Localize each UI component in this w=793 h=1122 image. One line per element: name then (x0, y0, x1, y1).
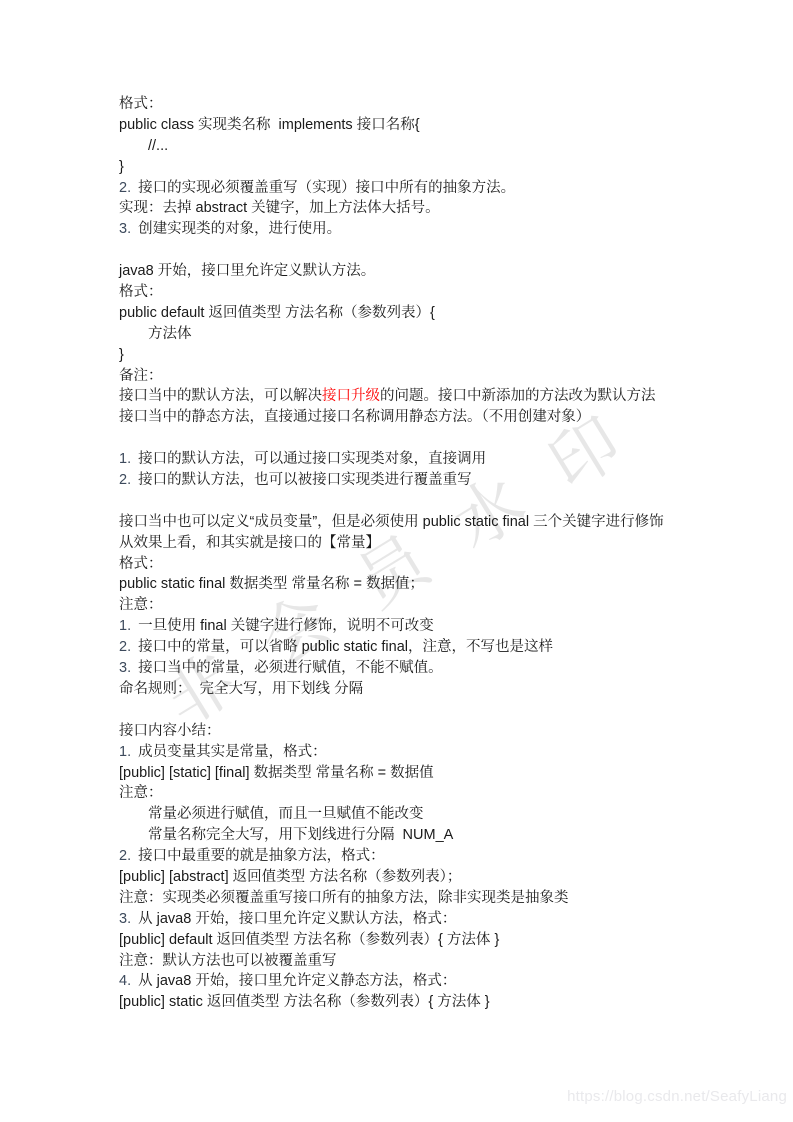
list-number: 1. (119, 451, 131, 467)
text-line: 4.从 java8 开始，接口里允许定义静态方法，格式： (119, 971, 719, 992)
text-segment: 注意： (119, 785, 163, 801)
list-number: 1. (119, 744, 131, 760)
text-segment: 的问题。接口中新添加的方法改为默认方法 (380, 388, 656, 404)
text-line: public class 实现类名称 implements 接口名称{ (119, 115, 719, 136)
blank-line (119, 240, 719, 261)
text-segment: 实现：去掉 abstract 关键字，加上方法体大括号。 (119, 200, 440, 216)
text-segment: [public] static 返回值类型 方法名称（参数列表）{ 方法体 } (119, 994, 490, 1010)
text-line: //... (119, 136, 719, 157)
text-line: 常量必须进行赋值，而且一旦赋值不能改变 (119, 804, 719, 825)
text-line: public default 返回值类型 方法名称（参数列表）{ (119, 303, 719, 324)
text-line: 2.接口中的常量，可以省略 public static final，注意，不写也… (119, 637, 719, 658)
text-line: java8 开始，接口里允许定义默认方法。 (119, 261, 719, 282)
list-number: 3. (119, 221, 131, 237)
text-segment: 接口的实现必须覆盖重写（实现）接口中所有的抽象方法。 (138, 180, 515, 196)
text-segment: 格式： (119, 556, 163, 572)
text-segment: 备注： (119, 368, 163, 384)
text-segment: 注意： (119, 597, 163, 613)
text-segment: 格式： (119, 284, 163, 300)
text-line: 命名规则： 完全大写，用下划线 分隔 (119, 679, 719, 700)
document-page: 非会员水印 格式：public class 实现类名称 implements 接… (0, 0, 793, 1122)
text-line: 注意： (119, 783, 719, 804)
text-segment: 接口的默认方法，也可以被接口实现类进行覆盖重写 (138, 472, 472, 488)
text-line: [public] [abstract] 返回值类型 方法名称（参数列表）； (119, 867, 719, 888)
text-line: 注意：实现类必须覆盖重写接口所有的抽象方法，除非实现类是抽象类 (119, 888, 719, 909)
text-line: 2.接口的实现必须覆盖重写（实现）接口中所有的抽象方法。 (119, 178, 719, 199)
text-line: 接口内容小结： (119, 721, 719, 742)
text-segment: 从 java8 开始，接口里允许定义静态方法，格式： (138, 973, 456, 989)
text-segment: 格式： (119, 96, 163, 112)
list-number: 2. (119, 180, 131, 196)
text-segment: 常量必须进行赋值，而且一旦赋值不能改变 (148, 806, 424, 822)
text-line: 1.接口的默认方法，可以通过接口实现类对象，直接调用 (119, 449, 719, 470)
text-segment: 接口内容小结： (119, 723, 221, 739)
text-line: 3.从 java8 开始，接口里允许定义默认方法，格式： (119, 909, 719, 930)
text-line: 格式： (119, 282, 719, 303)
text-segment: 注意：实现类必须覆盖重写接口所有的抽象方法，除非实现类是抽象类 (119, 890, 569, 906)
text-segment: 常量名称完全大写，用下划线进行分隔 NUM_A (148, 827, 453, 843)
text-line: 实现：去掉 abstract 关键字，加上方法体大括号。 (119, 198, 719, 219)
text-line: } (119, 157, 719, 178)
list-number: 3. (119, 911, 131, 927)
text-line: 接口当中的默认方法，可以解决接口升级的问题。接口中新添加的方法改为默认方法 (119, 386, 719, 407)
text-segment: [public] default 返回值类型 方法名称（参数列表）{ 方法体 } (119, 932, 499, 948)
text-line: [public] static 返回值类型 方法名称（参数列表）{ 方法体 } (119, 992, 719, 1013)
text-segment: 接口当中的静态方法，直接通过接口名称调用静态方法。（不用创建对象） (119, 409, 590, 425)
text-line: 常量名称完全大写，用下划线进行分隔 NUM_A (119, 825, 719, 846)
text-line: 2.接口中最重要的就是抽象方法，格式： (119, 846, 719, 867)
text-segment: 成员变量其实是常量，格式： (138, 744, 327, 760)
text-segment: 接口当中也可以定义“成员变量”，但是必须使用 public static fin… (119, 514, 664, 530)
text-line: 接口当中的静态方法，直接通过接口名称调用静态方法。（不用创建对象） (119, 407, 719, 428)
list-number: 2. (119, 472, 131, 488)
list-number: 2. (119, 639, 131, 655)
highlighted-text: 接口升级 (322, 388, 380, 404)
text-segment: 接口当中的默认方法，可以解决 (119, 388, 322, 404)
text-line: public static final 数据类型 常量名称 = 数据值； (119, 574, 719, 595)
text-segment: 从 java8 开始，接口里允许定义默认方法，格式： (138, 911, 456, 927)
text-segment: //... (148, 138, 168, 154)
text-segment: } (119, 159, 124, 175)
text-line: [public] default 返回值类型 方法名称（参数列表）{ 方法体 } (119, 930, 719, 951)
text-segment: 命名规则： 完全大写，用下划线 分隔 (119, 681, 363, 697)
text-line: 方法体 (119, 324, 719, 345)
blank-line (119, 491, 719, 512)
text-segment: public class 实现类名称 implements 接口名称{ (119, 117, 420, 133)
watermark-url: https://blog.csdn.net/SeafyLiang (567, 1088, 787, 1105)
list-number: 2. (119, 848, 131, 864)
text-segment: 从效果上看，和其实就是接口的【常量】 (119, 535, 380, 551)
text-segment: 方法体 (148, 326, 192, 342)
text-segment: [public] [abstract] 返回值类型 方法名称（参数列表）； (119, 869, 461, 885)
text-line: [public] [static] [final] 数据类型 常量名称 = 数据… (119, 763, 719, 784)
text-line: 3.创建实现类的对象，进行使用。 (119, 219, 719, 240)
list-number: 3. (119, 660, 131, 676)
blank-line (119, 428, 719, 449)
blank-line (119, 700, 719, 721)
text-segment: [public] [static] [final] 数据类型 常量名称 = 数据… (119, 765, 434, 781)
text-segment: 注意：默认方法也可以被覆盖重写 (119, 953, 337, 969)
text-line: 3.接口当中的常量，必须进行赋值，不能不赋值。 (119, 658, 719, 679)
text-segment: 创建实现类的对象，进行使用。 (138, 221, 341, 237)
text-segment: public static final 数据类型 常量名称 = 数据值； (119, 576, 424, 592)
text-line: 格式： (119, 94, 719, 115)
text-line: 备注： (119, 366, 719, 387)
text-segment: 接口中的常量，可以省略 public static final，注意，不写也是这… (138, 639, 553, 655)
document-content: 格式：public class 实现类名称 implements 接口名称{//… (119, 94, 719, 1013)
text-line: 注意：默认方法也可以被覆盖重写 (119, 951, 719, 972)
text-segment: 接口的默认方法，可以通过接口实现类对象，直接调用 (138, 451, 486, 467)
text-line: 1.成员变量其实是常量，格式： (119, 742, 719, 763)
text-line: 接口当中也可以定义“成员变量”，但是必须使用 public static fin… (119, 512, 719, 533)
text-segment: } (119, 347, 124, 363)
text-line: 格式： (119, 554, 719, 575)
text-line: 从效果上看，和其实就是接口的【常量】 (119, 533, 719, 554)
list-number: 1. (119, 618, 131, 634)
list-number: 4. (119, 973, 131, 989)
text-segment: 接口当中的常量，必须进行赋值，不能不赋值。 (138, 660, 443, 676)
text-line: 注意： (119, 595, 719, 616)
text-segment: 一旦使用 final 关键字进行修饰，说明不可改变 (138, 618, 434, 634)
text-line: 1.一旦使用 final 关键字进行修饰，说明不可改变 (119, 616, 719, 637)
text-segment: 接口中最重要的就是抽象方法，格式： (138, 848, 385, 864)
text-line: } (119, 345, 719, 366)
text-segment: java8 开始，接口里允许定义默认方法。 (119, 263, 375, 279)
text-segment: public default 返回值类型 方法名称（参数列表）{ (119, 305, 435, 321)
text-line: 2.接口的默认方法，也可以被接口实现类进行覆盖重写 (119, 470, 719, 491)
